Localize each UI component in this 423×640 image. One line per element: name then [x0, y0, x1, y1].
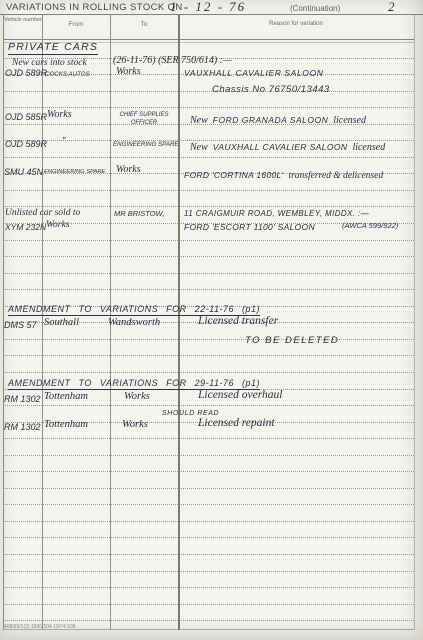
entry-from: Works	[46, 220, 69, 230]
entry-reason-main: FORD GRANADA SALOON	[213, 115, 328, 125]
entry-vehicle: OJD 585R	[5, 112, 47, 122]
entry-to: Works	[116, 164, 141, 175]
entry-vehicle: XYM 232N	[5, 222, 46, 232]
dotted-ruled-line	[3, 405, 414, 406]
entry-reason: Licensed transfer	[198, 315, 278, 327]
entry-to: Works	[122, 419, 148, 430]
entry-to: Works	[116, 66, 141, 77]
entry-to: Works	[124, 391, 150, 402]
entry-vehicle: OJD 589R	[5, 139, 47, 149]
col-header-reason: Reason for variation	[178, 21, 414, 27]
entry-to: Engineering Spare	[113, 141, 179, 148]
dotted-ruled-line	[3, 240, 414, 241]
dotted-ruled-line	[3, 91, 414, 92]
date-handwritten: 1 - 12 - 76	[170, 0, 246, 15]
entry-from: Engineering Spare	[44, 169, 105, 175]
entry-from: Tottenham	[44, 419, 88, 430]
dotted-ruled-line	[3, 273, 414, 274]
dotted-ruled-line	[3, 107, 414, 108]
dotted-ruled-line	[3, 157, 414, 158]
dotted-ruled-line	[3, 604, 414, 605]
scanned-form-page: VARIATIONS IN ROLLING STOCK ON 1 - 12 - …	[0, 0, 423, 640]
dotted-ruled-line	[3, 521, 414, 522]
dotted-ruled-line	[3, 620, 414, 621]
dotted-ruled-line	[3, 256, 414, 257]
dotted-ruled-line	[3, 355, 414, 356]
entry-reason-reference: (AWCA 599/922)	[342, 221, 398, 230]
page-title: VARIATIONS IN ROLLING STOCK ON	[6, 2, 183, 13]
table-right-border	[414, 14, 415, 630]
entry-vehicle: RM 1302	[4, 422, 41, 432]
form-print-code: 408/69/1(2) 1500 504 10/74 508	[4, 624, 75, 630]
should-read-note: SHOULD READ	[162, 410, 219, 417]
entry-to: Wandsworth	[108, 317, 160, 328]
entry-reason-chassis: Chassis No 76750/13443	[212, 84, 330, 95]
entry-reason-suffix: licensed	[333, 115, 366, 126]
entry-from: Tottenham	[44, 391, 88, 402]
to-be-deleted-note: TO BE DELETED	[245, 335, 339, 346]
entry-sold-note: Unlisted car sold to	[5, 208, 80, 218]
dotted-ruled-line	[3, 339, 414, 340]
entry-reason-main: VAUXHALL CAVALIER SALOON	[213, 142, 348, 152]
entry-reason: NewVAUXHALL CAVALIER SALOONlicensed	[190, 137, 390, 155]
header-bottom-rule	[3, 39, 414, 40]
entry-vehicle: SMU 45N	[4, 167, 43, 177]
entry-reason: Licensed repaint	[198, 417, 275, 429]
dotted-ruled-line	[3, 471, 414, 472]
entry-from: Cocks Autos	[45, 71, 90, 78]
entry-reason-suffix: licensed	[352, 142, 385, 153]
dotted-ruled-line	[3, 488, 414, 489]
col-header-from: From	[42, 21, 110, 28]
dotted-ruled-line	[3, 571, 414, 572]
col-header-vehicle-number: Vehicle number	[4, 17, 42, 24]
entry-to: Chief Supplies Officer	[112, 112, 176, 128]
dotted-ruled-line	[3, 537, 414, 538]
entry-reason: 11 CRAIGMUIR ROAD, WEMBLEY, MIDDX. :—	[184, 209, 369, 218]
dotted-ruled-line	[3, 289, 414, 290]
entry-reason: Licensed overhaul	[198, 389, 282, 401]
new-stock-note-left: New cars into stock	[12, 58, 87, 68]
entry-reason-main: FORD 'CORTINA 1600L'	[184, 170, 283, 180]
dotted-ruled-line	[3, 372, 414, 373]
entry-reason: NewFORD GRANADA SALOONlicensed	[190, 110, 371, 128]
entry-vehicle: RM 1302	[4, 394, 41, 404]
dotted-ruled-line	[3, 554, 414, 555]
entry-from-ditto: ”	[62, 136, 65, 147]
entry-reason: FORD 'ESCORT 1100' SALOON	[184, 222, 315, 232]
dotted-ruled-line	[3, 587, 414, 588]
dotted-ruled-line	[3, 190, 414, 191]
entry-to: Mr Bristow,	[114, 209, 164, 218]
continuation-label: (Continuation)	[290, 4, 340, 13]
dotted-ruled-line	[3, 504, 414, 505]
entry-reason: VAUXHALL CAVALIER SALOON	[184, 68, 323, 78]
entry-reason: FORD 'CORTINA 1600L'transferred & delice…	[184, 165, 388, 183]
new-stock-note-right: (26-11-76) (SER 750/614) :—	[113, 55, 232, 66]
entry-reason-prefix: New	[190, 115, 208, 126]
dotted-ruled-line	[3, 438, 414, 439]
entry-vehicle: OJD 589R	[5, 68, 47, 78]
entry-reason-suffix: transferred & delicensed	[288, 171, 383, 181]
dotted-ruled-line	[3, 455, 414, 456]
entry-vehicle: DMS 57	[4, 320, 37, 330]
entry-from: Works	[47, 109, 72, 120]
section-heading-private-cars: PRIVATE CARS	[8, 41, 98, 55]
page-number: 2	[388, 0, 395, 15]
col-header-to: To	[110, 21, 178, 28]
entry-from: Southall	[44, 317, 79, 328]
entry-reason-prefix: New	[190, 142, 208, 153]
